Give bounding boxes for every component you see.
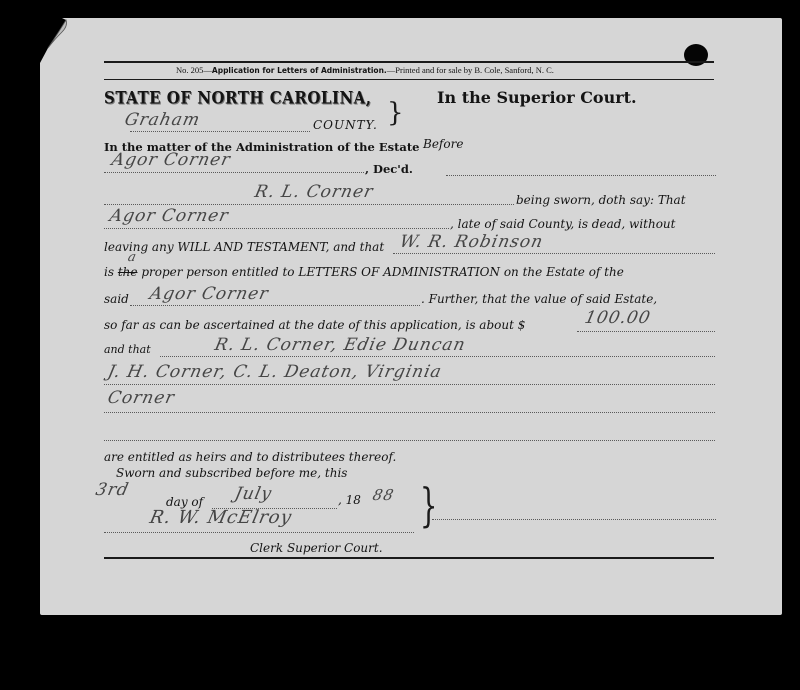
clerk-label: Clerk Superior Court. <box>250 541 383 555</box>
proper-person-line: is the proper person entitled to LETTERS… <box>104 265 624 279</box>
month-handwritten: July <box>233 484 274 504</box>
clerk-signature-line <box>104 532 414 533</box>
form-header: No. 205—Application for Letters of Admin… <box>176 65 554 75</box>
deceased-line <box>104 228 449 229</box>
county-label: COUNTY. <box>313 118 378 132</box>
estate-handwritten: Agor Corner <box>110 150 233 170</box>
said-line <box>130 305 420 306</box>
sworn-subscribed-label: Sworn and subscribed before me, this <box>116 466 347 480</box>
heirs-line-1 <box>160 356 715 357</box>
clerk-signature: R. W. McElroy <box>148 507 294 528</box>
said-label: said <box>104 292 129 306</box>
estate-line <box>104 172 364 173</box>
sworn-label: being sworn, doth say: That <box>516 193 686 207</box>
date-brace: } <box>420 478 438 532</box>
year-prefix: , 18 <box>338 493 361 507</box>
heirs-handwritten-3: Corner <box>106 388 177 408</box>
heirs-label: are entitled as heirs and to distributee… <box>104 450 396 464</box>
county-handwritten: Graham <box>123 110 202 130</box>
printer-credit: —Printed and for sale by B. Cole, Sanfor… <box>387 65 554 75</box>
year-handwritten: 88 <box>371 486 396 504</box>
form-number: No. 205— <box>176 65 212 75</box>
decd-label: , Dec'd. <box>365 162 413 176</box>
footer-rule <box>104 557 714 559</box>
leaving-label: leaving any WILL AND TESTAMENT, and that <box>104 240 384 254</box>
said-handwritten: Agor Corner <box>148 284 271 304</box>
heirs-line-3 <box>104 412 715 413</box>
value-line <box>577 331 715 332</box>
before-label: Before <box>423 137 463 151</box>
header-top-rule <box>104 61 714 63</box>
county-line <box>130 131 310 132</box>
header-bottom-rule <box>104 79 714 80</box>
further-label: . Further, that the value of said Estate… <box>421 292 657 306</box>
sofar-label: so far as can be ascertained at the date… <box>104 318 525 332</box>
court-heading: In the Superior Court. <box>437 88 637 107</box>
administrator-line <box>393 253 715 254</box>
administrator-handwritten: W. R. Robinson <box>398 232 545 252</box>
andthat-label: and that <box>104 343 151 356</box>
affiant-line <box>104 204 514 205</box>
value-handwritten: 100.00 <box>583 308 653 328</box>
before-line <box>446 175 716 176</box>
brace: } <box>387 98 404 128</box>
day-handwritten: 3rd <box>94 480 131 500</box>
struck-word: the <box>118 265 138 279</box>
late-label: , late of said County, is dead, without <box>450 217 675 231</box>
heirs-line-2 <box>104 384 715 385</box>
heirs-handwritten-2: J. H. Corner, C. L. Deaton, Virginia <box>106 362 444 382</box>
state-heading: STATE OF NORTH CAROLINA, <box>104 88 372 108</box>
right-signature-line <box>432 519 716 520</box>
folded-corner <box>40 18 70 63</box>
heirs-line-4 <box>104 440 715 441</box>
heirs-handwritten-1: R. L. Corner, Edie Duncan <box>213 335 468 355</box>
deceased-handwritten: Agor Corner <box>108 206 231 226</box>
affiant-handwritten: R. L. Corner <box>253 182 375 202</box>
form-title: Application for Letters of Administratio… <box>212 66 387 75</box>
